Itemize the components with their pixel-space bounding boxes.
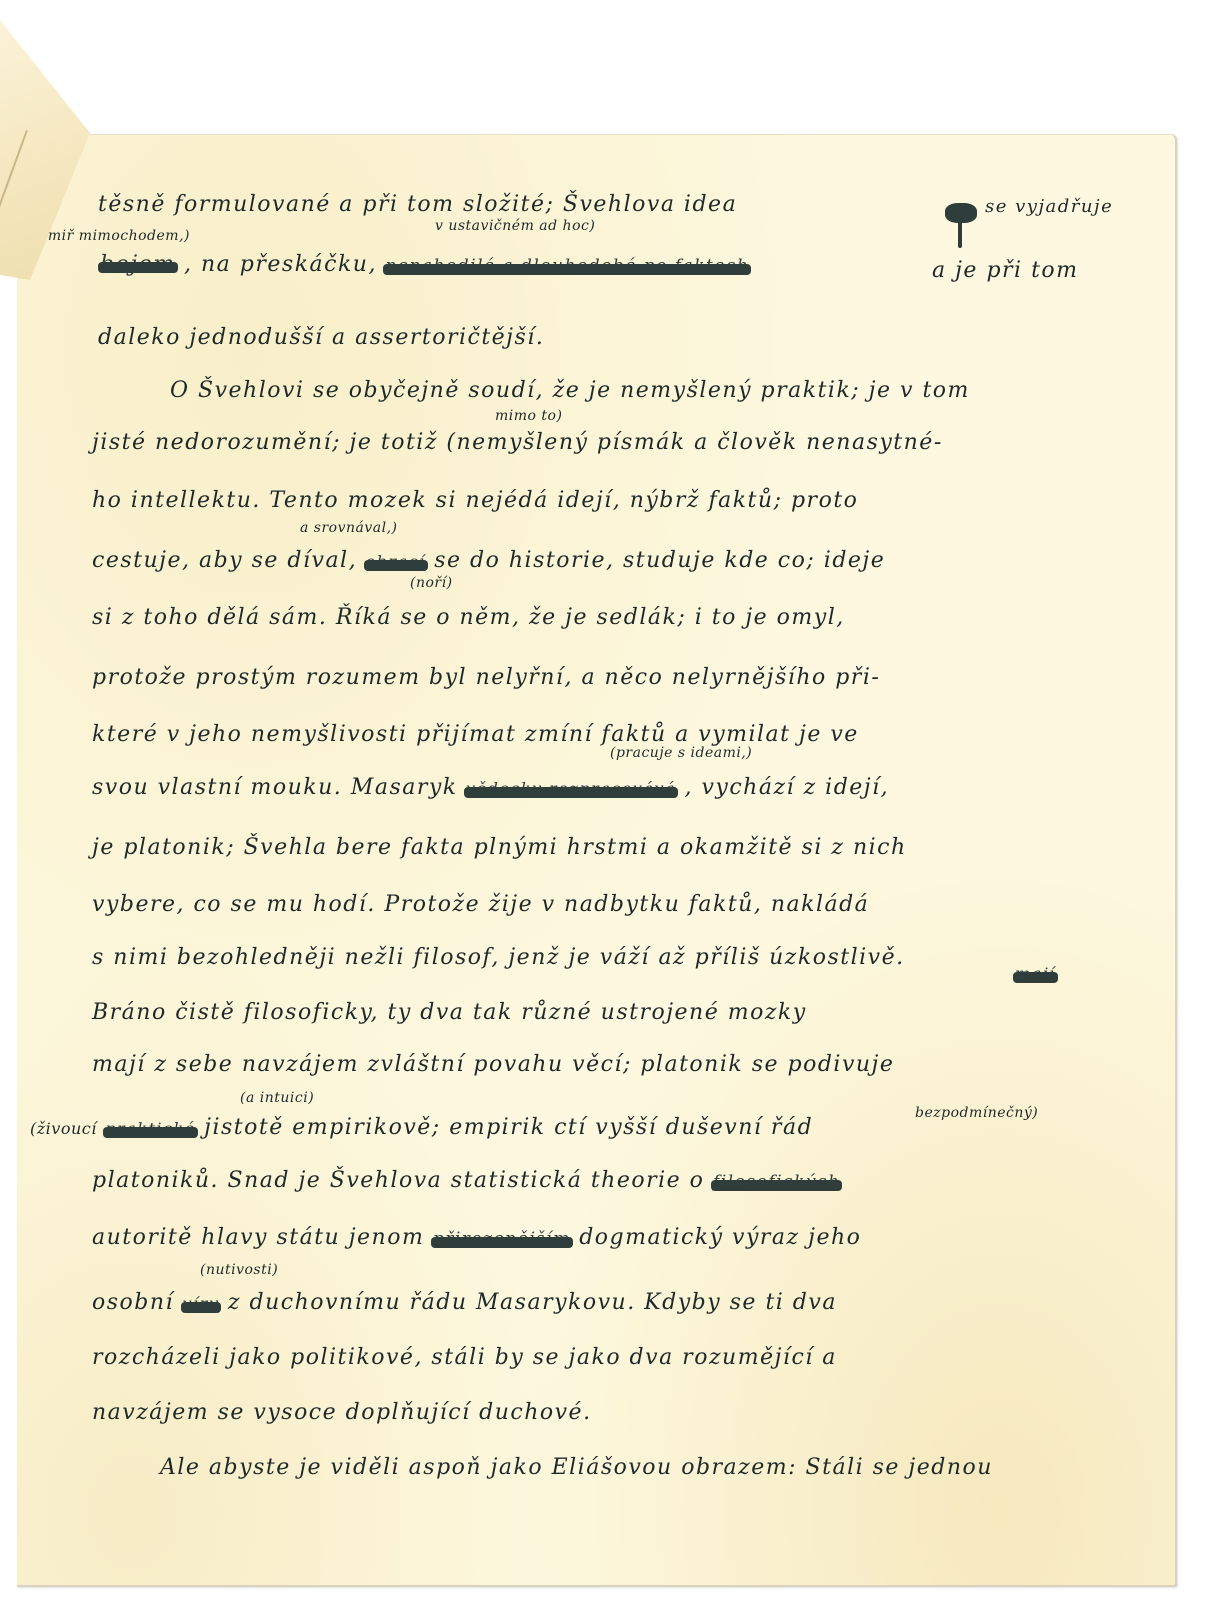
line-text: dogmatický výraz jeho — [579, 1225, 861, 1250]
manuscript-line-6: ho intellektu. Tento mozek si nejédá ide… — [92, 488, 858, 513]
line-text: si z toho dělá sám. Říká se o něm, že je… — [92, 605, 845, 630]
line-text: se do historie, studuje kde co; ideje — [434, 548, 885, 573]
line-text: platoniků. Snad je Švehlova statistická … — [92, 1168, 704, 1193]
line-text: které v jeho nemyšlivosti přijímat zmíní… — [92, 722, 859, 747]
interlinear-insert: a srovnával,) — [300, 520, 398, 536]
line-text: svou vlastní mouku. Masaryk — [92, 775, 458, 800]
interlinear-insert: těmiř mimochodem,) — [33, 228, 190, 244]
line-text: autoritě hlavy státu jenom — [92, 1225, 424, 1250]
interlinear-insert: bezpodmínečný) — [915, 1105, 1038, 1121]
interlinear-insert: v ustavičném ad hoc) — [435, 218, 595, 234]
line-text: jistotě empirikově; empirik ctí vyšší du… — [204, 1115, 813, 1140]
insert-text: (pracuje s ideami,) — [610, 745, 752, 761]
line-text: osobní — [92, 1290, 174, 1315]
manuscript-line-20: osobní víry z duchovnímu řádu Masarykovu… — [92, 1290, 837, 1315]
line-text: daleko jednodušší a assertoričtější. — [98, 325, 544, 350]
line-text: rozcházeli jako politikové, stáli by se … — [92, 1345, 837, 1370]
struck-word: přirozenějším — [433, 1229, 571, 1249]
line-text: Ale abyste je viděli aspoň jako Eliášovo… — [160, 1455, 993, 1480]
line-text: , vychází z idejí, — [685, 775, 890, 800]
manuscript-line-11: svou vlastní mouku. Masaryk vědecky rozp… — [92, 775, 889, 800]
line-text: s nimi bezohledněji nežli filosof, jenž … — [92, 945, 905, 970]
struck-word: víry — [183, 1294, 220, 1313]
struck-phrase: nenahodilé a dlouhodobé po faktech — [385, 256, 749, 276]
struck-word: mají — [1015, 964, 1056, 983]
line-text: těsně formulované a při tom složité; Šve… — [98, 192, 737, 217]
manuscript-line-15: Bráno čistě filosoficky, ty dva tak různ… — [92, 1000, 807, 1025]
manuscript-line-19: autoritě hlavy státu jenom přirozenějším… — [92, 1225, 861, 1250]
insert-text: (a intuici) — [240, 1090, 314, 1106]
insert-text: (noří) — [410, 575, 453, 591]
manuscript-line-14: s nimi bezohledněji nežli filosof, jenž … — [92, 945, 905, 970]
manuscript-line-1-end: se vyjadřuje — [985, 196, 1113, 217]
manuscript-line-23: Ale abyste je viděli aspoň jako Eliášovo… — [160, 1455, 993, 1480]
manuscript-line-10: které v jeho nemyšlivosti přijímat zmíní… — [92, 722, 859, 747]
line-text: ho intellektu. Tento mozek si nejédá ide… — [92, 488, 858, 513]
insert-text: (nutivosti) — [200, 1262, 278, 1278]
line-text: O Švehlovi se obyčejně soudí, že je nemy… — [170, 378, 970, 403]
manuscript-line-5: jisté nedorozumění; je totiž (nemyšlený … — [92, 430, 943, 455]
line-text: protože prostým rozumem byl nelyřní, a n… — [92, 665, 880, 690]
line-text: z duchovnímu řádu Masarykovu. Kdyby se t… — [228, 1290, 837, 1315]
manuscript-line-16: mají z sebe navzájem zvláštní povahu věc… — [92, 1052, 894, 1077]
interlinear-insert: (pracuje s ideami,) — [610, 745, 752, 761]
manuscript-line-17: (živoucí praktické jistotě empirikově; e… — [30, 1115, 813, 1140]
manuscript-line-2-end: a je při tom — [932, 258, 1079, 283]
interlinear-insert: mimo to) — [495, 408, 562, 424]
struck-phrase: vědecky rozpracovává — [466, 779, 676, 798]
struck-word: obrací — [366, 552, 426, 571]
manuscript-line-15-end: mají — [1015, 960, 1056, 985]
line-text: Bráno čistě filosoficky, ty dva tak různ… — [92, 1000, 807, 1025]
manuscript-line-2: bojem , na přeskáčku, nenahodilé a dlouh… — [100, 252, 749, 277]
insert-text: těmiř mimochodem,) — [33, 228, 190, 244]
line-text: a je při tom — [932, 258, 1079, 283]
insert-text: v ustavičném ad hoc) — [435, 218, 595, 234]
manuscript-line-9: protože prostým rozumem byl nelyřní, a n… — [92, 665, 880, 690]
line-text: cestuje, aby se díval, — [92, 548, 357, 573]
manuscript-line-21: rozcházeli jako politikové, stáli by se … — [92, 1345, 837, 1370]
interlinear-insert: (noří) — [410, 575, 453, 591]
line-text: vybere, co se mu hodí. Protože žije v na… — [92, 892, 869, 917]
struck-word: praktické — [105, 1119, 195, 1138]
paren-insert: (živoucí — [30, 1119, 97, 1138]
manuscript-line-4: O Švehlovi se obyčejně soudí, že je nemy… — [170, 378, 970, 403]
line-text: je platonik; Švehla bere fakta plnými hr… — [92, 835, 907, 860]
interlinear-insert: (a intuici) — [240, 1090, 314, 1106]
ink-drip — [958, 220, 962, 248]
line-text: navzájem se vysoce doplňující duchové. — [92, 1400, 592, 1425]
manuscript-line-7: cestuje, aby se díval, obrací se do hist… — [92, 548, 885, 573]
manuscript-line-8: si z toho dělá sám. Říká se o něm, že je… — [92, 605, 845, 630]
struck-word: filosofických — [713, 1172, 841, 1192]
struck-word: bojem — [100, 252, 176, 277]
interlinear-insert: (nutivosti) — [200, 1262, 278, 1278]
line-text: jisté nedorozumění; je totiž (nemyšlený … — [92, 430, 943, 455]
manuscript-line-18: platoniků. Snad je Švehlova statistická … — [92, 1168, 840, 1193]
manuscript-line-12: je platonik; Švehla bere fakta plnými hr… — [92, 835, 907, 860]
manuscript-line-22: navzájem se vysoce doplňující duchové. — [92, 1400, 592, 1425]
insert-text: a srovnával,) — [300, 520, 398, 536]
line-text: , na přeskáčku, — [184, 252, 377, 277]
manuscript-line-3: daleko jednodušší a assertoričtější. — [98, 325, 544, 350]
line-text: mají z sebe navzájem zvláštní povahu věc… — [92, 1052, 894, 1077]
line-text: se vyjadřuje — [985, 196, 1113, 217]
insert-text: mimo to) — [495, 408, 562, 424]
manuscript-line-13: vybere, co se mu hodí. Protože žije v na… — [92, 892, 869, 917]
insert-text: bezpodmínečný) — [915, 1105, 1038, 1121]
manuscript-line-1: těsně formulované a při tom složité; Šve… — [98, 192, 737, 217]
